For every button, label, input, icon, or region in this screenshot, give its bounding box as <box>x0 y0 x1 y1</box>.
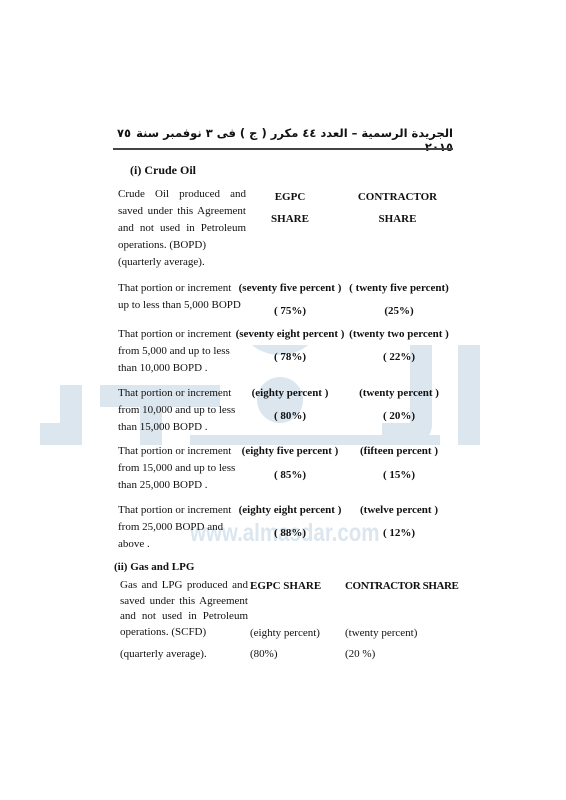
gas-contractor-share-header: CONTRACTOR SHARE <box>345 578 459 595</box>
gas-egpc-pct: (80%) <box>250 646 278 663</box>
gas-lpg-title: (ii) Gas and LPG <box>114 559 194 576</box>
crude-oil-description: Crude Oil produced and saved under this … <box>118 186 246 271</box>
gas-contractor-pct: (20 %) <box>345 646 375 663</box>
contractor-share-header: CONTRACTOR SHARE <box>350 186 445 230</box>
header-divider <box>113 148 453 150</box>
egpc-share-header: EGPC SHARE <box>260 186 320 230</box>
gas-egpc-words: (eighty percent) <box>250 625 320 642</box>
crude-oil-title: (i) Crude Oil <box>130 162 196 179</box>
page-header: ٧٥ الجريدة الرسمية – العدد ٤٤ مكرر ( ج )… <box>113 126 453 144</box>
gas-contractor-words: (twenty percent) <box>345 625 417 642</box>
gas-lpg-description: Gas and LPG produced and saved under thi… <box>120 578 248 640</box>
gas-egpc-share-header: EGPC SHARE <box>250 578 321 595</box>
